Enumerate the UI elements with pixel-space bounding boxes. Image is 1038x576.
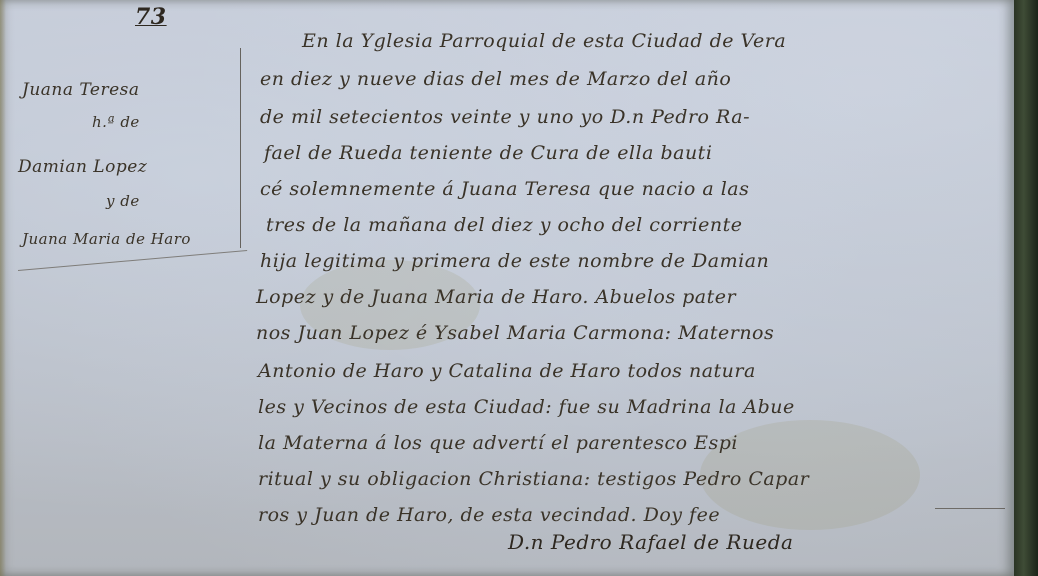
margin-annotation: 73 Juana Teresa h.ª de Damian Lopez y de…: [0, 0, 250, 300]
margin-mother-name: Juana Maria de Haro: [22, 230, 191, 248]
body-line: ritual y su obligacion Christiana: testi…: [258, 468, 809, 490]
body-line: Antonio de Haro y Catalina de Haro todos…: [258, 360, 756, 382]
body-line: en diez y nueve dias del mes de Marzo de…: [260, 68, 731, 90]
body-line: cé solemnemente á Juana Teresa que nacio…: [260, 178, 749, 200]
book-binding-edge: [1014, 0, 1038, 576]
body-line: fael de Rueda teniente de Cura de ella b…: [264, 142, 712, 164]
body-line: la Materna á los que advertí el parentes…: [258, 432, 738, 454]
priest-signature: D.n Pedro Rafael de Rueda: [508, 530, 793, 554]
body-line: ros y Juan de Haro, de esta vecindad. Do…: [258, 504, 720, 526]
body-line: les y Vecinos de esta Ciudad: fue su Mad…: [258, 396, 795, 418]
body-line: nos Juan Lopez é Ysabel Maria Carmona: M…: [256, 322, 774, 344]
entry-number: 73: [135, 4, 167, 30]
margin-divider-line: [18, 250, 247, 271]
body-line: hija legitima y primera de este nombre d…: [260, 250, 769, 272]
body-line: En la Yglesia Parroquial de esta Ciudad …: [302, 30, 786, 52]
margin-child-name: Juana Teresa: [22, 80, 140, 100]
body-line: tres de la mañana del diez y ocho del co…: [266, 214, 743, 236]
margin-and-of: y de: [106, 192, 140, 210]
margin-bracket: [240, 48, 251, 248]
manuscript-page: 73 Juana Teresa h.ª de Damian Lopez y de…: [0, 0, 1016, 576]
body-line: Lopez y de Juana Maria de Haro. Abuelos …: [256, 286, 736, 308]
margin-father-name: Damian Lopez: [18, 157, 147, 177]
closing-flourish-line: [935, 508, 1005, 509]
margin-daughter-of: h.ª de: [92, 113, 140, 131]
body-line: de mil setecientos veinte y uno yo D.n P…: [260, 106, 750, 128]
